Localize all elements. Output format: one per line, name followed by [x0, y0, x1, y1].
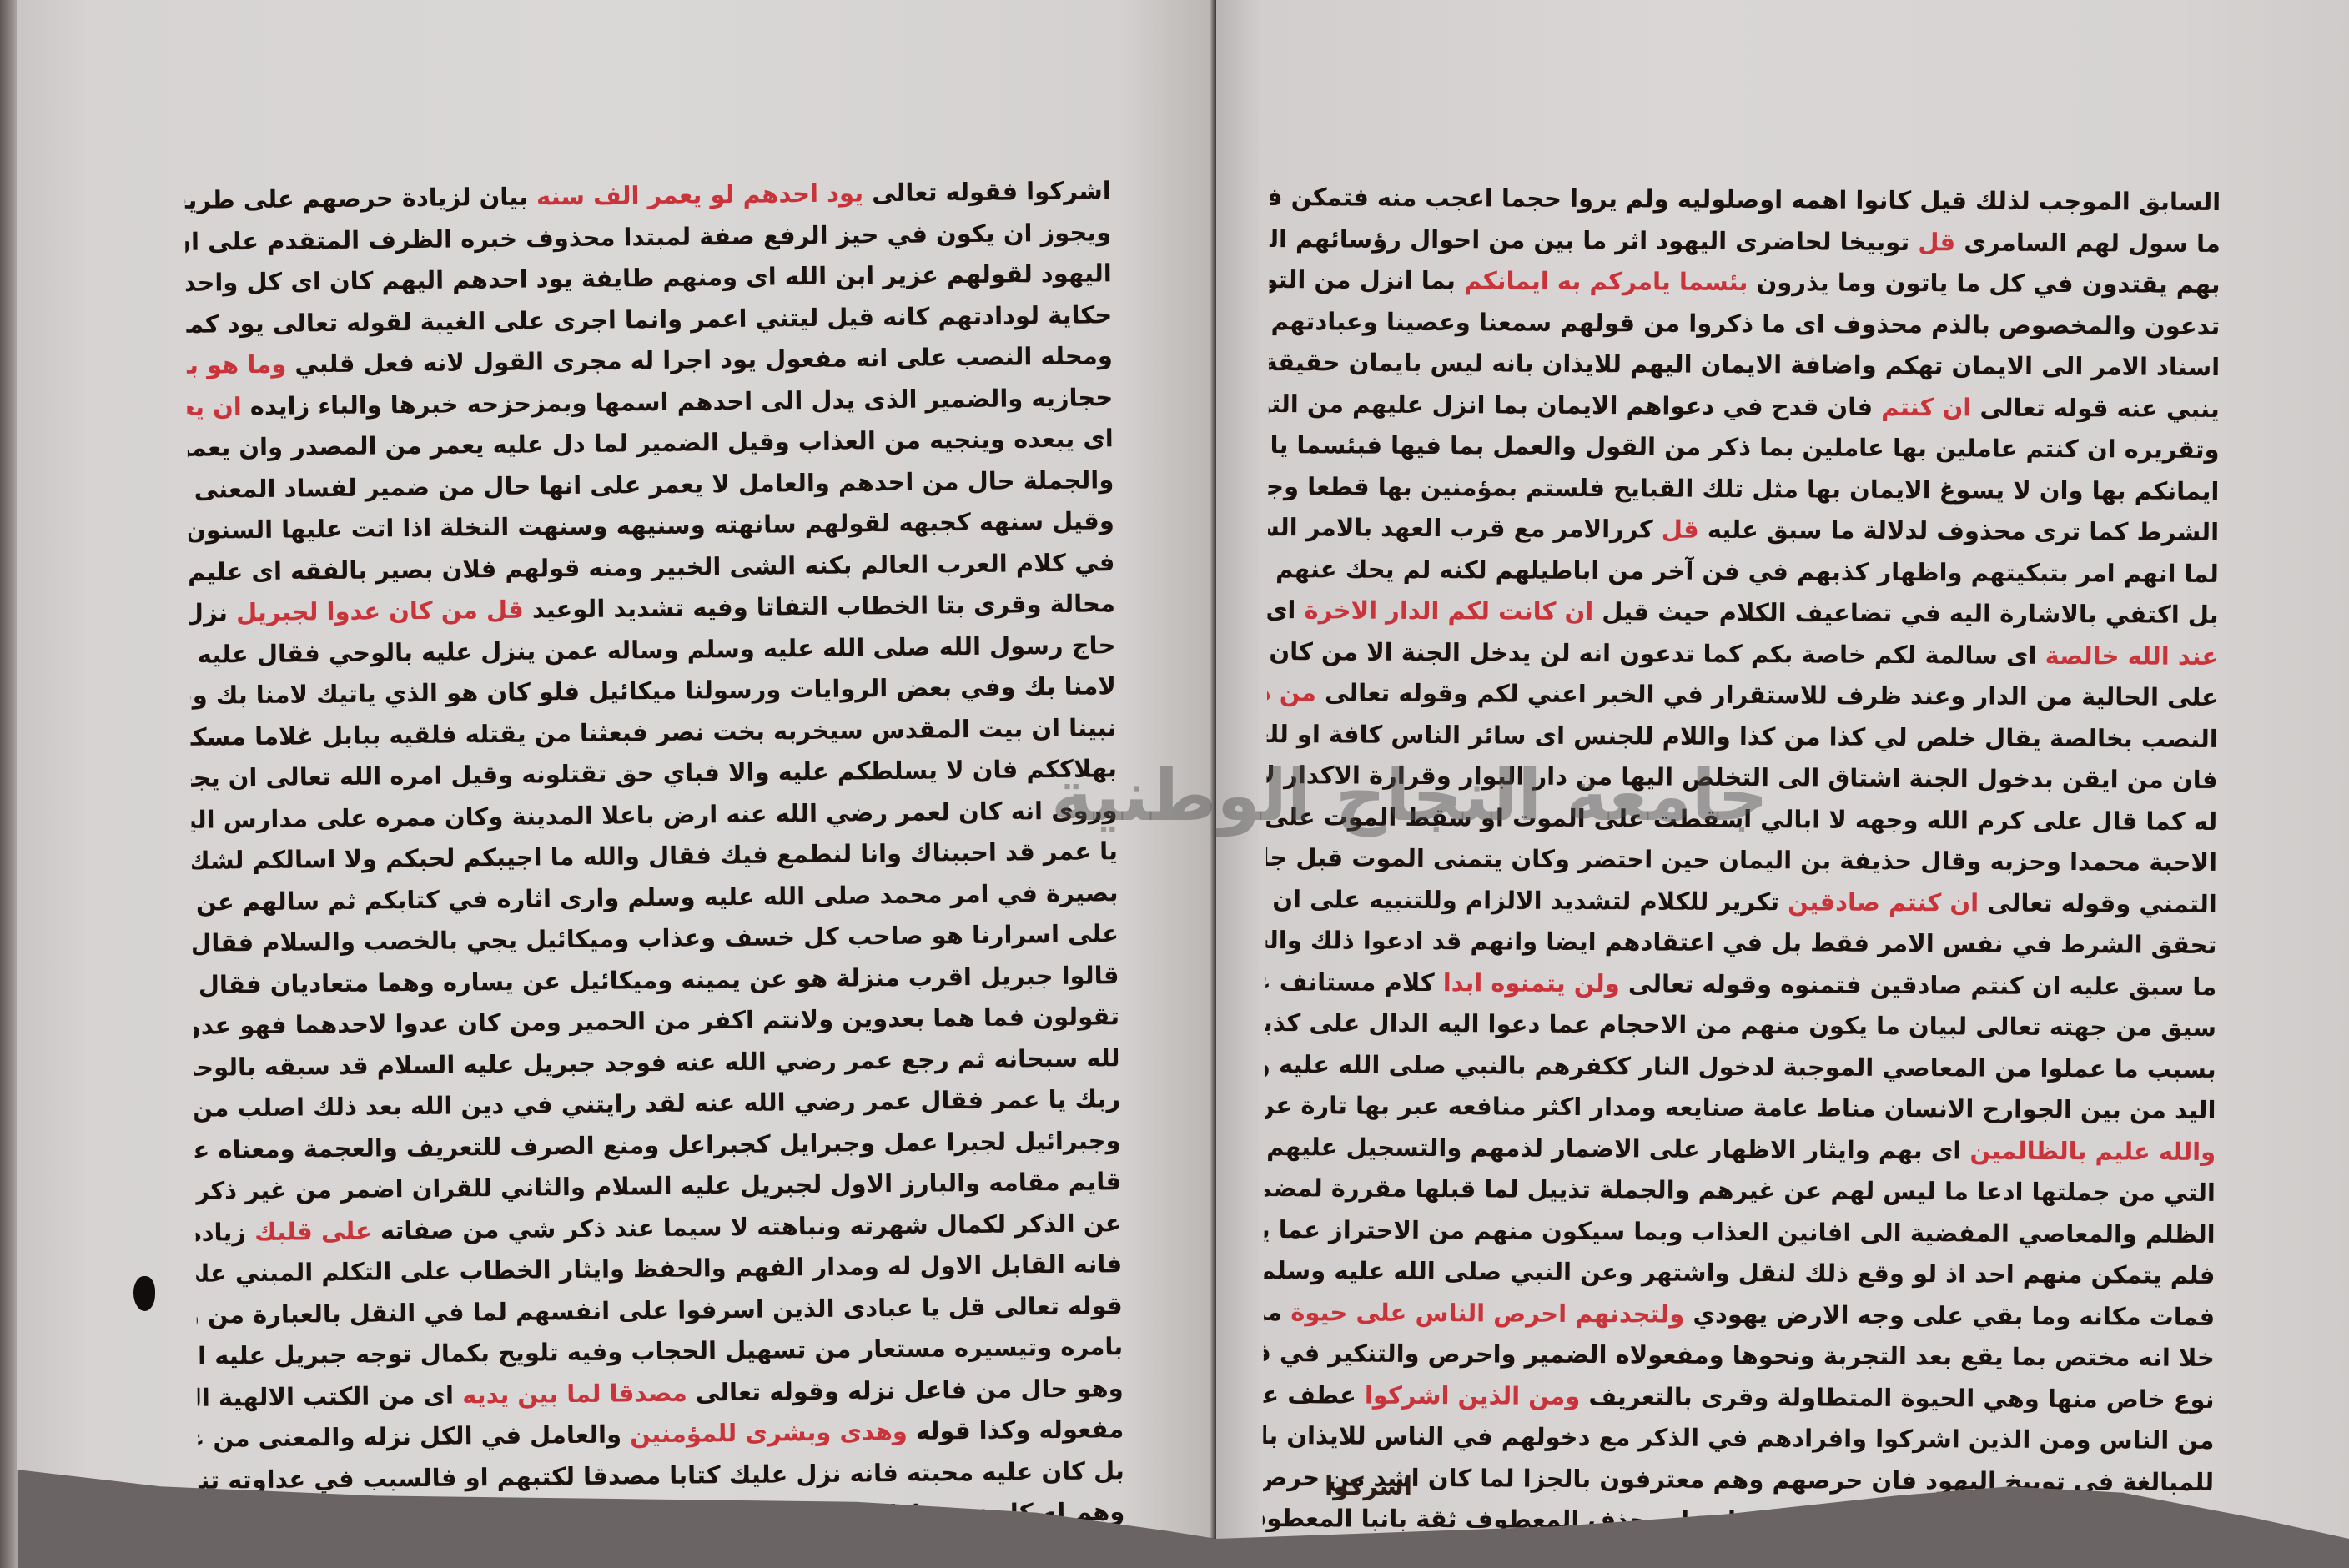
rubric-text: مصدقا لما بين يديه	[462, 1378, 687, 1409]
body-text: بما انزل من التورية حسبما	[1270, 264, 1465, 294]
manuscript-line: بهم يقتدون في كل ما ياتون وما يذرون بئسم…	[1270, 259, 2221, 305]
body-text: وقيل سنهه كجبهه لقولهم سانهته وسنيهه وسن…	[189, 506, 1114, 545]
rubric-text: ولتجدنهم احرص الناس على حيوة	[1290, 1298, 1684, 1328]
body-text: ما سبق عليه ان كنتم صادقين فتمنوه وقوله …	[1620, 969, 2217, 1001]
rubric-text: قل	[1918, 228, 1955, 256]
body-text: من الناس ومن الذين اشركوا وافرادهم في ال…	[1263, 1420, 2214, 1455]
body-text: قالوا جبريل اقرب منزلة هو عن يمينه وميكا…	[193, 961, 1119, 1003]
manuscript-line: عند الله خالصة اى سالمة لكم خاصة بكم كما…	[1267, 631, 2218, 677]
manuscript-line: من الناس ومن الذين اشركوا وافرادهم في ال…	[1263, 1415, 2214, 1461]
body-text: الاحبة محمدا وحزبه وقال حذيفة بن اليمان …	[1266, 841, 2217, 877]
rubric-text: ان يعمر	[187, 392, 242, 421]
body-text: ينبي عنه قوله تعالى	[1971, 393, 2220, 423]
library-watermark: جامعة النجاح الوطنية	[1051, 755, 1768, 837]
body-text: اى من الكتب الالهية التي معظمها التورية …	[198, 1380, 463, 1415]
rubric-text: ان كانت لكم الدار الاخرة	[1304, 596, 1593, 626]
body-text: بسبب ما عملوا من المعاصي الموجبة لدخول ا…	[1265, 1047, 2216, 1083]
body-text: في كلام العرب العالم بكنه الشى الخبير وم…	[189, 548, 1114, 591]
rubric-text: قل من كان عدوا لجبريل	[236, 596, 524, 627]
body-text: التمني وقوله تعالى	[1979, 888, 2217, 917]
body-text: لما انهم امر بتبكيتهم واظهار كذبهم في فن…	[1268, 553, 2219, 587]
manuscript-line: بل اكتفي بالاشارة اليه في تضاعيف الكلام …	[1267, 590, 2218, 636]
rubric-text: وهدى وبشرى للمؤمنين	[630, 1417, 908, 1448]
body-text: اليهود لقولهم عزير ابن الله اى ومنهم طاي…	[186, 259, 1112, 300]
manuscript-line: اسناد الامر الى الايمان تهكم واضافة الاي…	[1269, 342, 2220, 388]
catchword: اشركوا	[1325, 1472, 1412, 1501]
body-text: من الوجدان العقلي وهو جار مجرى العلم	[1264, 1295, 1290, 1326]
body-text: ما سول لهم السامرى	[1955, 228, 2221, 258]
manuscript-line: خلا انه مختص بما يقع بعد التجربة ونحوها …	[1264, 1333, 2215, 1379]
manuscript-line: النصب بخالصة يقال خلص لي كذا من كذا والل…	[1267, 714, 2218, 760]
manuscript-line: وتقريره ان كنتم عاملين بها عاملين بما ذك…	[1268, 425, 2219, 470]
body-text: عطف على ما قبله بحسب المعنى كانه قيل احر…	[1264, 1377, 1366, 1409]
manuscript-line: اليد من بين الجوارح الانسان مناط عامة صن…	[1265, 1085, 2216, 1131]
body-text: وجبرائيل لجبرا عمل وجبرايل كجبراعل ومنع …	[194, 1126, 1120, 1165]
body-text: قايم مقامه والبارز الاول لجبريل عليه الس…	[195, 1167, 1121, 1209]
body-text: اسناد الامر الى الايمان تهكم واضافة الاي…	[1269, 348, 2220, 381]
book-edge	[0, 0, 18, 1568]
left-page: اشركوا فقوله تعالى يود احدهم لو يعمر الف…	[17, 0, 1216, 1539]
body-text: فلم يتمكن منهم احد اذ لو وقع ذلك لنقل وا…	[1264, 1254, 2215, 1289]
body-text: ومحله النصب على انه مفعول يود اجرا له مج…	[286, 341, 1113, 378]
manuscript-line: السابق الموجب لذلك قيل كانوا اهمه اوصلول…	[1270, 177, 2221, 223]
right-page-text: السابق الموجب لذلك قيل كانوا اهمه اوصلول…	[1263, 177, 2221, 1539]
left-page-text: اشركوا فقوله تعالى يود احدهم لو يعمر الف…	[184, 170, 1124, 1539]
manuscript-line: ينبي عنه قوله تعالى ان كنتم فان قدح في د…	[1269, 384, 2220, 430]
rubric-text: يود احدهم لو يعمر الف سنه	[536, 178, 863, 210]
body-text: كلام مستانف غير داخل تحت الامر	[1265, 966, 1443, 997]
body-text: جزمهم بمصيرهم الى النار ويجوز ان يحمل عل…	[1263, 1502, 2214, 1537]
manuscript-line: الظلم والمعاصي المفضية الى افانين العذاب…	[1265, 1209, 2216, 1255]
manuscript-line: الاحبة محمدا وحزبه وقال حذيفة بن اليمان …	[1266, 837, 2217, 883]
body-text: زيادة تقرير للتنزيل ببيان محل الوحي	[195, 1218, 254, 1251]
manuscript-line: الشرط كما ترى محذوف لدلالة ما سبق عليه ق…	[1268, 507, 2219, 553]
body-text: خلا انه مختص بما يقع بعد التجربة ونحوها …	[1264, 1336, 2215, 1371]
body-text: اليد من بين الجوارح الانسان مناط عامة صن…	[1265, 1089, 2216, 1124]
body-text: نزل في عبد الله بن صوريا من احبار فدك	[189, 598, 237, 631]
body-text: سيق من جهته تعالى لبيان ما يكون منهم من …	[1265, 1008, 2216, 1042]
body-text: حجازيه والضمير الذى يدل الى احدهم اسمها …	[242, 383, 1114, 420]
body-text: والعامل في الكل نزله والمعنى من عادى جبر…	[198, 1420, 630, 1458]
body-text: على الحالية من الدار وعند ظرف للاستقرار …	[1316, 678, 2218, 711]
body-text: محالة وقرى بتا الخطاب التفاتا وفيه تشديد…	[524, 589, 1115, 623]
manuscript-line: ايمانكم بها وان لا يسوغ الايمان بها مثل …	[1268, 466, 2219, 512]
body-text: بهم يقتدون في كل ما ياتون وما يذرون	[1748, 268, 2220, 299]
body-text: فانه القابل الاول له ومدار الفهم والحفظ …	[196, 1249, 1122, 1291]
rubric-text: ان كنتم صادقين	[1788, 887, 1979, 917]
body-text: توبيخا لحاضرى اليهود اثر ما بين من احوال…	[1270, 224, 1919, 255]
manuscript-line: على الحالية من الدار وعند ظرف للاستقرار …	[1267, 672, 2218, 718]
body-text: النصب بخالصة يقال خلص لي كذا من كذا والل…	[1267, 718, 2218, 752]
body-text: عن الذكر لكمال شهرته ونباهته لا سيما عند…	[372, 1209, 1122, 1244]
body-text: وتقريره ان كنتم عاملين بها عاملين بما ذك…	[1268, 430, 2219, 464]
manuscript-line: وهم له كارهون ولذلك حرفوا كتابهم وجحدوا …	[199, 1491, 1124, 1539]
body-text: الظلم والمعاصي المفضية الى افانين العذاب…	[1265, 1213, 2216, 1248]
manuscript-line: ما سبق عليه ان كنتم صادقين فتمنوه وقوله …	[1265, 962, 2216, 1008]
body-text: اى سالمة لكم خاصة بكم كما تدعون انه لن ي…	[1267, 636, 2045, 670]
body-text: تدعون والمخصوص بالذم محذوف اى ما ذكروا م…	[1269, 306, 2220, 340]
body-text: وهو حال من فاعل نزله وقوله تعالى	[687, 1374, 1124, 1406]
manuscript-line: التمني وقوله تعالى ان كنتم صادقين تكرير …	[1266, 879, 2217, 925]
manuscript-line: نوع خاص منها وهي الحيوة المتطاولة وقرى ب…	[1264, 1375, 2215, 1420]
rubric-text: من دون الناس	[1267, 677, 1316, 706]
body-text: بامره وتيسيره مستعار من تسهيل الحجاب وفي…	[197, 1332, 1123, 1374]
body-text: حكاية لودادتهم كانه قيل ليتني اعمر وانما…	[186, 300, 1112, 341]
body-text: على اسرارنا هو صاحب كل خسف وعذاب وميكائي…	[193, 919, 1119, 961]
body-text: اشركوا فقوله تعالى	[863, 176, 1111, 207]
body-text: التي من جملتها ادعا ما ليس لهم عن غيرهم …	[1265, 1171, 2216, 1207]
body-text: بل اكتفي بالاشارة اليه في تضاعيف الكلام …	[1593, 597, 2218, 629]
manuscript-line: التي من جملتها ادعا ما ليس لهم عن غيرهم …	[1265, 1168, 2216, 1214]
manuscript-line: فمات مكانه وما بقي على وجه الارض يهودي و…	[1264, 1292, 2215, 1338]
body-text: ويجوز ان يكون في حيز الرفع صفة لمبتدا مح…	[185, 218, 1111, 259]
manuscript-line: تحقق الشرط في نفس الامر فقط بل في اعتقاد…	[1265, 920, 2216, 966]
body-text: بهلاككم فان لا يسلطكم عليه والا فباي حق …	[191, 754, 1117, 796]
body-text: بيان لزيادة حرصهم على طريقة الاستيناف	[184, 182, 536, 215]
rubric-text: بئسما يامركم به ايمانكم	[1464, 266, 1748, 296]
body-text: كررالامر مع قرب العهد بالامر السابق	[1268, 513, 1662, 544]
body-text: فمات مكانه وما بقي على وجه الارض يهودي	[1684, 1299, 2215, 1330]
body-text: الشرط كما ترى محذوف لدلالة ما سبق عليه	[1699, 515, 2220, 546]
rubric-text: قل	[1662, 515, 1699, 543]
body-text: اى الجنة او نعيم الدار الاخرة	[1267, 594, 1304, 624]
manuscript-line: سيق من جهته تعالى لبيان ما يكون منهم من …	[1265, 1003, 2216, 1048]
manuscript-spread: اشركوا فقوله تعالى يود احدهم لو يعمر الف…	[0, 0, 2349, 1568]
manuscript-line: بسبب ما عملوا من المعاصي الموجبة لدخول ا…	[1265, 1044, 2216, 1090]
body-text: قوله تعالى قل يا عبادى الذين اسرفوا على …	[196, 1291, 1122, 1333]
rubric-text: ان كنتم	[1881, 392, 1971, 421]
rubric-text: ولن يتمنوه ابدا	[1443, 968, 1620, 998]
manuscript-line: ما سول لهم السامرى قل توبيخا لحاضرى اليه…	[1270, 219, 2221, 264]
body-text: يا عمر قد احببناك وانا لنطمع فيك فقال وا…	[192, 837, 1118, 879]
rubric-text: ومن الذين اشركوا	[1365, 1380, 1581, 1410]
body-text: تكرير للكلام لتشديد الالزام وللتنبيه على…	[1266, 883, 1788, 916]
body-text: مفعوله وكذا قوله	[908, 1415, 1124, 1445]
body-text: وهم له كارهون ولذلك حرفوا كتابهم وجحدوا …	[199, 1497, 1124, 1539]
manuscript-line: جزمهم بمصيرهم الى النار ويجوز ان يحمل عل…	[1263, 1498, 2214, 1539]
body-text: ايمانكم بها وان لا يسوغ الايمان بها مثل …	[1268, 471, 2219, 505]
manuscript-line: والله عليم بالظالمين اى بهم وايثار الاظه…	[1265, 1127, 2216, 1173]
body-text: تحقق الشرط في نفس الامر فقط بل في اعتقاد…	[1265, 924, 2216, 959]
rubric-text: على قلبك	[254, 1216, 372, 1245]
body-text: فان قدح في دعواهم الايمان بما انزل عليهم…	[1269, 389, 1882, 421]
body-text: اى بهم وايثار الاظهار على الاضمار لذمهم …	[1265, 1130, 1969, 1164]
rubric-text: وما هو بمزحزحه من العذاب	[187, 350, 287, 382]
manuscript-line: فلم يتمكن منهم احد اذ لو وقع ذلك لنقل وا…	[1264, 1250, 2215, 1296]
manuscript-line: تدعون والمخصوص بالذم محذوف اى ما ذكروا م…	[1269, 301, 2220, 347]
manuscript-line: لما انهم امر بتبكيتهم واظهار كذبهم في فن…	[1268, 549, 2219, 595]
rubric-text: والله عليم بالظالمين	[1969, 1136, 2216, 1166]
body-text: السابق الموجب لذلك قيل كانوا اهمه اوصلول…	[1270, 182, 2221, 216]
body-text: نوع خاص منها وهي الحيوة المتطاولة وقرى ب…	[1580, 1381, 2215, 1413]
rubric-text: عند الله خالصة	[2045, 641, 2219, 670]
ink-blot	[133, 1276, 155, 1311]
